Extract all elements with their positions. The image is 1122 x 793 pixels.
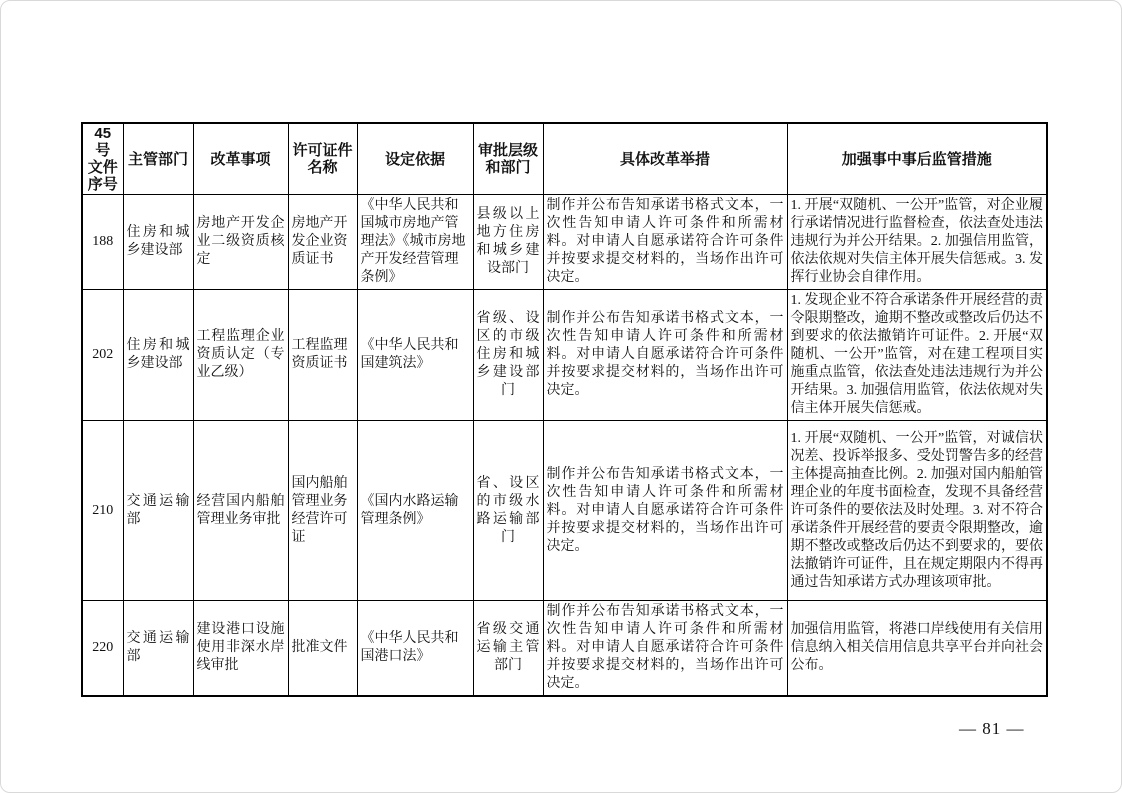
cell-reform-item: 经营国内船舶管理业务审批 xyxy=(193,421,288,601)
cell-reform-measures: 制作并公布告知承诺书格式文本，一次性告知申请人许可条件和所需材料。对申请人自愿承… xyxy=(543,421,787,601)
reform-items-table: 45 号 文件 序号 主管部门 改革事项 许可证件 名称 设定依据 审批层级 和… xyxy=(81,122,1048,697)
cell-department: 住房和城乡建设部 xyxy=(123,195,193,290)
table-header-row: 45 号 文件 序号 主管部门 改革事项 许可证件 名称 设定依据 审批层级 和… xyxy=(82,123,1047,195)
header-legal-basis: 设定依据 xyxy=(357,123,473,195)
table-row: 220 交通运输部 建设港口设施使用非深水岸线审批 批准文件 《中华人民共和国港… xyxy=(82,601,1047,697)
cell-department: 交通运输部 xyxy=(123,601,193,697)
cell-reform-measures: 制作并公布告知承诺书格式文本，一次性告知申请人许可条件和所需材料。对申请人自愿承… xyxy=(543,195,787,290)
cell-department: 交通运输部 xyxy=(123,421,193,601)
cell-reform-item: 工程监理企业资质认定（专业乙级） xyxy=(193,290,288,421)
cell-reform-measures: 制作并公布告知承诺书格式文本，一次性告知申请人许可条件和所需材料。对申请人自愿承… xyxy=(543,290,787,421)
header-license-name: 许可证件 名称 xyxy=(288,123,357,195)
cell-legal-basis: 《中华人民共和国港口法》 xyxy=(357,601,473,697)
cell-license-name: 国内船舶管理业务经营许可证 xyxy=(288,421,357,601)
cell-reform-item: 房地产开发企业二级资质核定 xyxy=(193,195,288,290)
cell-supervision: 加强信用监管，将港口岸线使用有关信用信息纳入相关信用信息共享平台并向社会公布。 xyxy=(787,601,1047,697)
table-row: 202 住房和城乡建设部 工程监理企业资质认定（专业乙级） 工程监理资质证书 《… xyxy=(82,290,1047,421)
cell-seq: 188 xyxy=(82,195,123,290)
header-reform-measures: 具体改革举措 xyxy=(543,123,787,195)
cell-approval-level: 省、设区的市级水路运输部门 xyxy=(473,421,543,601)
header-supervision: 加强事中事后监管措施 xyxy=(787,123,1047,195)
cell-legal-basis: 《中华人民共和国城市房地产管理法》《城市房地产开发经营管理条例》 xyxy=(357,195,473,290)
cell-supervision: 1. 发现企业不符合承诺条件开展经营的责令限期整改，逾期不整改或整改后仍达不到要… xyxy=(787,290,1047,421)
cell-license-name: 工程监理资质证书 xyxy=(288,290,357,421)
document-page: 45 号 文件 序号 主管部门 改革事项 许可证件 名称 设定依据 审批层级 和… xyxy=(0,0,1122,793)
cell-approval-level: 省级、设区的市级住房和城乡建设部门 xyxy=(473,290,543,421)
cell-license-name: 房地产开发企业资质证书 xyxy=(288,195,357,290)
cell-approval-level: 省级交通运输主管部门 xyxy=(473,601,543,697)
cell-seq: 220 xyxy=(82,601,123,697)
cell-reform-item: 建设港口设施使用非深水岸线审批 xyxy=(193,601,288,697)
header-department: 主管部门 xyxy=(123,123,193,195)
table-row: 188 住房和城乡建设部 房地产开发企业二级资质核定 房地产开发企业资质证书 《… xyxy=(82,195,1047,290)
cell-department: 住房和城乡建设部 xyxy=(123,290,193,421)
cell-seq: 210 xyxy=(82,421,123,601)
header-approval-level: 审批层级 和部门 xyxy=(473,123,543,195)
page-number: — 81 — xyxy=(959,719,1025,739)
cell-license-name: 批准文件 xyxy=(288,601,357,697)
header-doc45-seq: 45 号 文件 序号 xyxy=(82,123,123,195)
cell-legal-basis: 《中华人民共和国建筑法》 xyxy=(357,290,473,421)
cell-seq: 202 xyxy=(82,290,123,421)
cell-legal-basis: 《国内水路运输管理条例》 xyxy=(357,421,473,601)
table-row: 210 交通运输部 经营国内船舶管理业务审批 国内船舶管理业务经营许可证 《国内… xyxy=(82,421,1047,601)
cell-supervision: 1. 开展“双随机、一公开”监管，对诚信状况差、投诉举报多、受处罚警告多的经营主… xyxy=(787,421,1047,601)
cell-reform-measures: 制作并公布告知承诺书格式文本，一次性告知申请人许可条件和所需材料。对申请人自愿承… xyxy=(543,601,787,697)
header-reform-item: 改革事项 xyxy=(193,123,288,195)
cell-approval-level: 县级以上地方住房和城乡建设部门 xyxy=(473,195,543,290)
cell-supervision: 1. 开展“双随机、一公开”监管，对企业履行承诺情况进行监督检查，依法查处违法违… xyxy=(787,195,1047,290)
